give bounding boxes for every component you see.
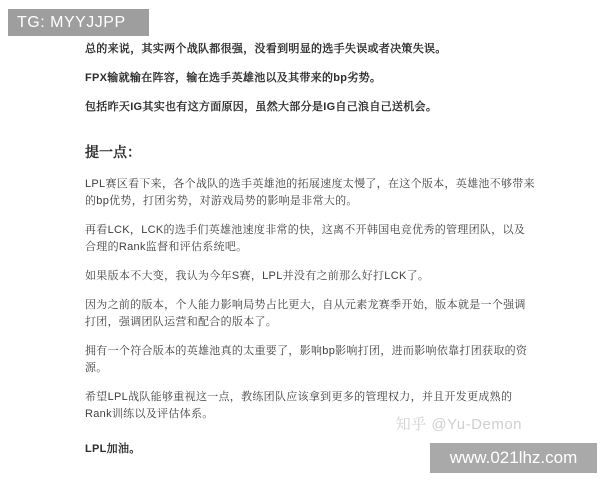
body-paragraph: 因为之前的版本，个人能力影响局势占比更大，自从元素龙赛季开始，版本就是一个强调打… — [85, 297, 535, 331]
intro-paragraph: FPX输就输在阵容，输在选手英雄池以及其带来的bp劣势。 — [85, 70, 535, 87]
intro-paragraph: 总的来说，其实两个战队都很强，没看到明显的选手失误或者决策失误。 — [85, 41, 535, 58]
body-paragraph: LPL赛区看下来，各个战队的选手英雄池的拓展速度太慢了，在这个版本，英雄池不够带… — [85, 176, 535, 210]
zhihu-author-watermark: 知乎 @Yu-Demon — [396, 413, 522, 434]
article-screenshot-page: TG: MYYJJPP 总的来说，其实两个战队都很强，没看到明显的选手失误或者决… — [0, 0, 600, 480]
body-paragraph: 如果版本不大变，我认为今年S赛，LPL并没有之前那么好打LCK了。 — [85, 268, 535, 285]
telegram-watermark-badge: TG: MYYJJPP — [8, 9, 149, 36]
article-body: 总的来说，其实两个战队都很强，没看到明显的选手失误或者决策失误。 FPX输就输在… — [85, 41, 535, 470]
site-url-watermark: www.021lhz.com — [430, 443, 597, 473]
intro-paragraph: 包括昨天IG其实也有这方面原因，虽然大部分是IG自己浪自己送机会。 — [85, 99, 535, 116]
section-heading: 提一点： — [85, 142, 535, 162]
body-paragraph: 再看LCK，LCK的选手们英雄池速度非常的快，这离不开韩国电竞优秀的管理团队，以… — [85, 222, 535, 256]
body-paragraph: 拥有一个符合版本的英雄池真的太重要了，影响bp影响打团，进而影响依靠打团获取的资… — [85, 343, 535, 377]
